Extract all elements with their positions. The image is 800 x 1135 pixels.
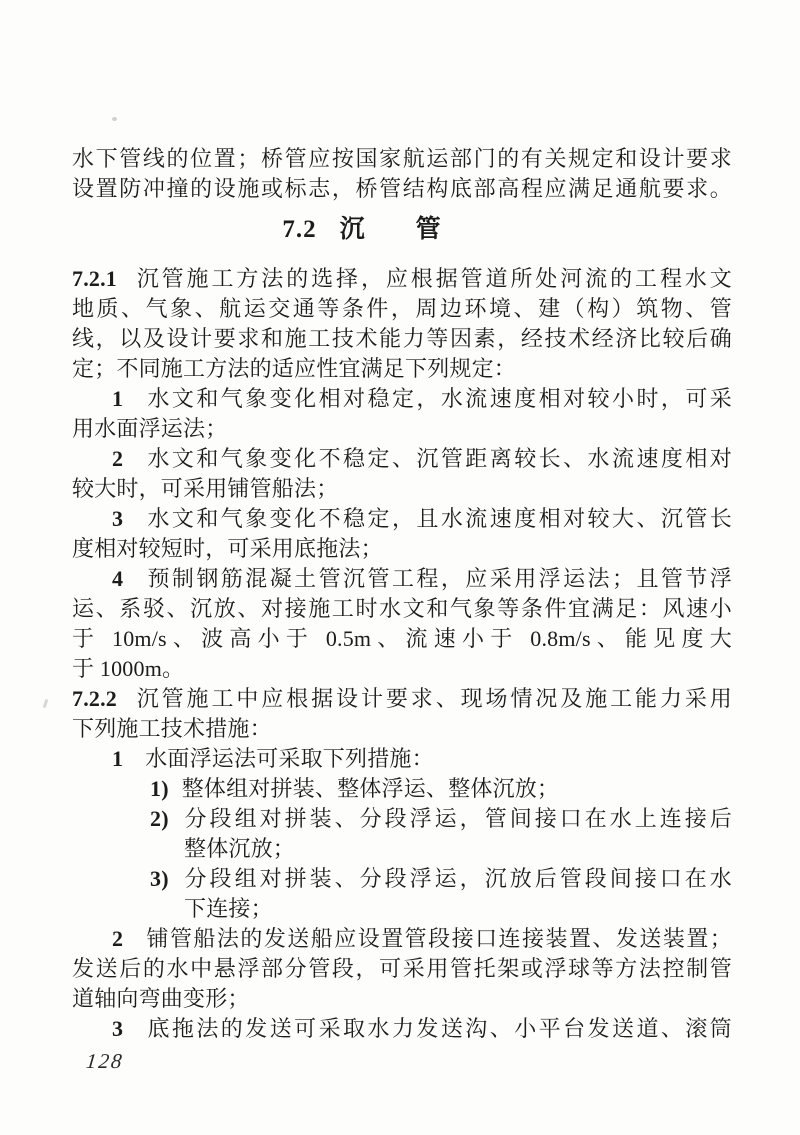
text-line: 于 1000m。	[72, 654, 732, 684]
line-text: 沉管施工中应根据设计要求、现场情况及施工能力采用	[134, 686, 732, 711]
line-text: 水面浮运法可采取下列措施：	[145, 746, 434, 771]
text-line: 线，以及设计要求和施工技术能力等因素，经技术经济比较后确	[72, 324, 732, 354]
text-line: 4预制钢筋混凝土管沉管工程，应采用浮运法；且管节浮	[72, 564, 732, 594]
text-line: 7.2.2沉管施工中应根据设计要求、现场情况及施工能力采用	[72, 684, 732, 714]
text-line: 7.2.1沉管施工方法的选择，应根据管道所处河流的工程水文	[72, 264, 732, 294]
line-text: 定；不同施工方法的适应性宜满足下列规定：	[72, 356, 516, 381]
text-line: 地质、气象、航运交通等条件，周边环境、建（构）筑物、管	[72, 294, 732, 324]
body-paragraphs: 7.2.1沉管施工方法的选择，应根据管道所处河流的工程水文地质、气象、航运交通等…	[72, 264, 732, 1044]
text-line: 于 10m/s、波高小于 0.5m、流速小于 0.8m/s、能见度大	[72, 624, 732, 654]
clause-number: 1	[112, 746, 123, 771]
clause-number: 1)	[150, 776, 169, 801]
page-number: 128	[85, 1049, 125, 1074]
text-line: 3底拖法的发送可采取水力发送沟、小平台发送道、滚筒	[72, 1014, 732, 1044]
clause-number: 7.2.2	[72, 686, 117, 711]
line-text: 较大时，可采用铺管船法；	[72, 476, 338, 501]
text-line: 度相对较短时，可采用底拖法；	[72, 534, 732, 564]
section-heading: 7.2沉管	[32, 214, 692, 246]
line-text: 水文和气象变化不稳定、沉管距离较长、水流速度相对	[145, 446, 732, 471]
line-text: 用水面浮运法；	[72, 416, 227, 441]
line-text: 底拖法的发送可采取水力发送沟、小平台发送道、滚筒	[145, 1016, 732, 1041]
section-number: 7.2	[282, 216, 316, 243]
clause-number: 3)	[150, 866, 169, 891]
clause-number: 3	[112, 1016, 123, 1041]
line-text: 于 10m/s、波高小于 0.5m、流速小于 0.8m/s、能见度大	[72, 626, 732, 651]
text-column: 水下管线的位置；桥管应按国家航运部门的有关规定和设计要求设置防冲撞的设施或标志，…	[72, 144, 732, 1044]
clause-number: 2	[112, 926, 123, 951]
document-page: 水下管线的位置；桥管应按国家航运部门的有关规定和设计要求设置防冲撞的设施或标志，…	[0, 0, 800, 1135]
section-title-word: 管	[416, 216, 442, 243]
line-text: 整体组对拼装、整体浮运、整体沉放；	[182, 776, 559, 801]
line-text: 地质、气象、航运交通等条件，周边环境、建（构）筑物、管	[72, 296, 732, 321]
text-line: 下列施工技术措施：	[72, 714, 732, 744]
clause-number: 2	[112, 446, 123, 471]
clause-number: 2)	[150, 806, 169, 831]
text-line: 整体沉放；	[72, 834, 732, 864]
line-text: 道轴向弯曲变形；	[72, 986, 250, 1011]
line-text: 线，以及设计要求和施工技术能力等因素，经技术经济比较后确	[72, 326, 732, 351]
line-text: 于 1000m。	[72, 656, 184, 681]
text-line: 运、系驳、沉放、对接施工时水文和气象等条件宜满足：风速小	[72, 594, 732, 624]
text-line: 道轴向弯曲变形；	[72, 984, 732, 1014]
section-title-word: 沉	[340, 216, 366, 243]
text-line: 用水面浮运法；	[72, 414, 732, 444]
text-line: 1水文和气象变化相对稳定，水流速度相对较小时，可采	[72, 384, 732, 414]
text-line: 2水文和气象变化不稳定、沉管距离较长、水流速度相对	[72, 444, 732, 474]
text-line: 发送后的水中悬浮部分管段，可采用管托架或浮球等方法控制管	[72, 954, 732, 984]
line-text: 分段组对拼装、分段浮运，沉放后管段间接口在水	[182, 866, 732, 891]
text-line: 1水面浮运法可采取下列措施：	[72, 744, 732, 774]
text-line: 定；不同施工方法的适应性宜满足下列规定：	[72, 354, 732, 384]
line-text: 水文和气象变化不稳定，且水流速度相对较大、沉管长	[145, 506, 732, 531]
scan-artifact	[112, 117, 117, 121]
line-text: 下连接；	[184, 896, 273, 921]
line-text: 预制钢筋混凝土管沉管工程，应采用浮运法；且管节浮	[145, 566, 732, 591]
line-text: 运、系驳、沉放、对接施工时水文和气象等条件宜满足：风速小	[72, 596, 732, 621]
line-text: 下列施工技术措施：	[72, 716, 272, 741]
text-line: 设置防冲撞的设施或标志，桥管结构底部高程应满足通航要求。	[72, 174, 732, 204]
line-text: 整体沉放；	[184, 836, 295, 861]
text-line: 水下管线的位置；桥管应按国家航运部门的有关规定和设计要求	[72, 144, 732, 174]
line-text: 设置防冲撞的设施或标志，桥管结构底部高程应满足通航要求。	[72, 176, 732, 201]
line-text: 发送后的水中悬浮部分管段，可采用管托架或浮球等方法控制管	[72, 956, 732, 981]
line-text: 水文和气象变化相对稳定，水流速度相对较小时，可采	[145, 386, 732, 411]
text-line: 2)分段组对拼装、分段浮运，管间接口在水上连接后	[72, 804, 732, 834]
text-line: 较大时，可采用铺管船法；	[72, 474, 732, 504]
text-line: 3)分段组对拼装、分段浮运，沉放后管段间接口在水	[72, 864, 732, 894]
clause-number: 1	[112, 386, 123, 411]
clause-number: 3	[112, 506, 123, 531]
clause-number: 7.2.1	[72, 266, 117, 291]
clause-number: 4	[112, 566, 123, 591]
text-line: 1)整体组对拼装、整体浮运、整体沉放；	[72, 774, 732, 804]
line-text: 分段组对拼装、分段浮运，管间接口在水上连接后	[182, 806, 732, 831]
text-line: 下连接；	[72, 894, 732, 924]
line-text: 沉管施工方法的选择，应根据管道所处河流的工程水文	[134, 266, 732, 291]
line-text: 铺管船法的发送船应设置管段接口连接装置、发送装置；	[145, 926, 732, 951]
line-text: 水下管线的位置；桥管应按国家航运部门的有关规定和设计要求	[72, 146, 732, 171]
intro-paragraph: 水下管线的位置；桥管应按国家航运部门的有关规定和设计要求设置防冲撞的设施或标志，…	[72, 144, 732, 204]
line-text: 度相对较短时，可采用底拖法；	[72, 536, 383, 561]
scan-artifact	[43, 699, 49, 708]
text-line: 3水文和气象变化不稳定，且水流速度相对较大、沉管长	[72, 504, 732, 534]
text-line: 2铺管船法的发送船应设置管段接口连接装置、发送装置；	[72, 924, 732, 954]
